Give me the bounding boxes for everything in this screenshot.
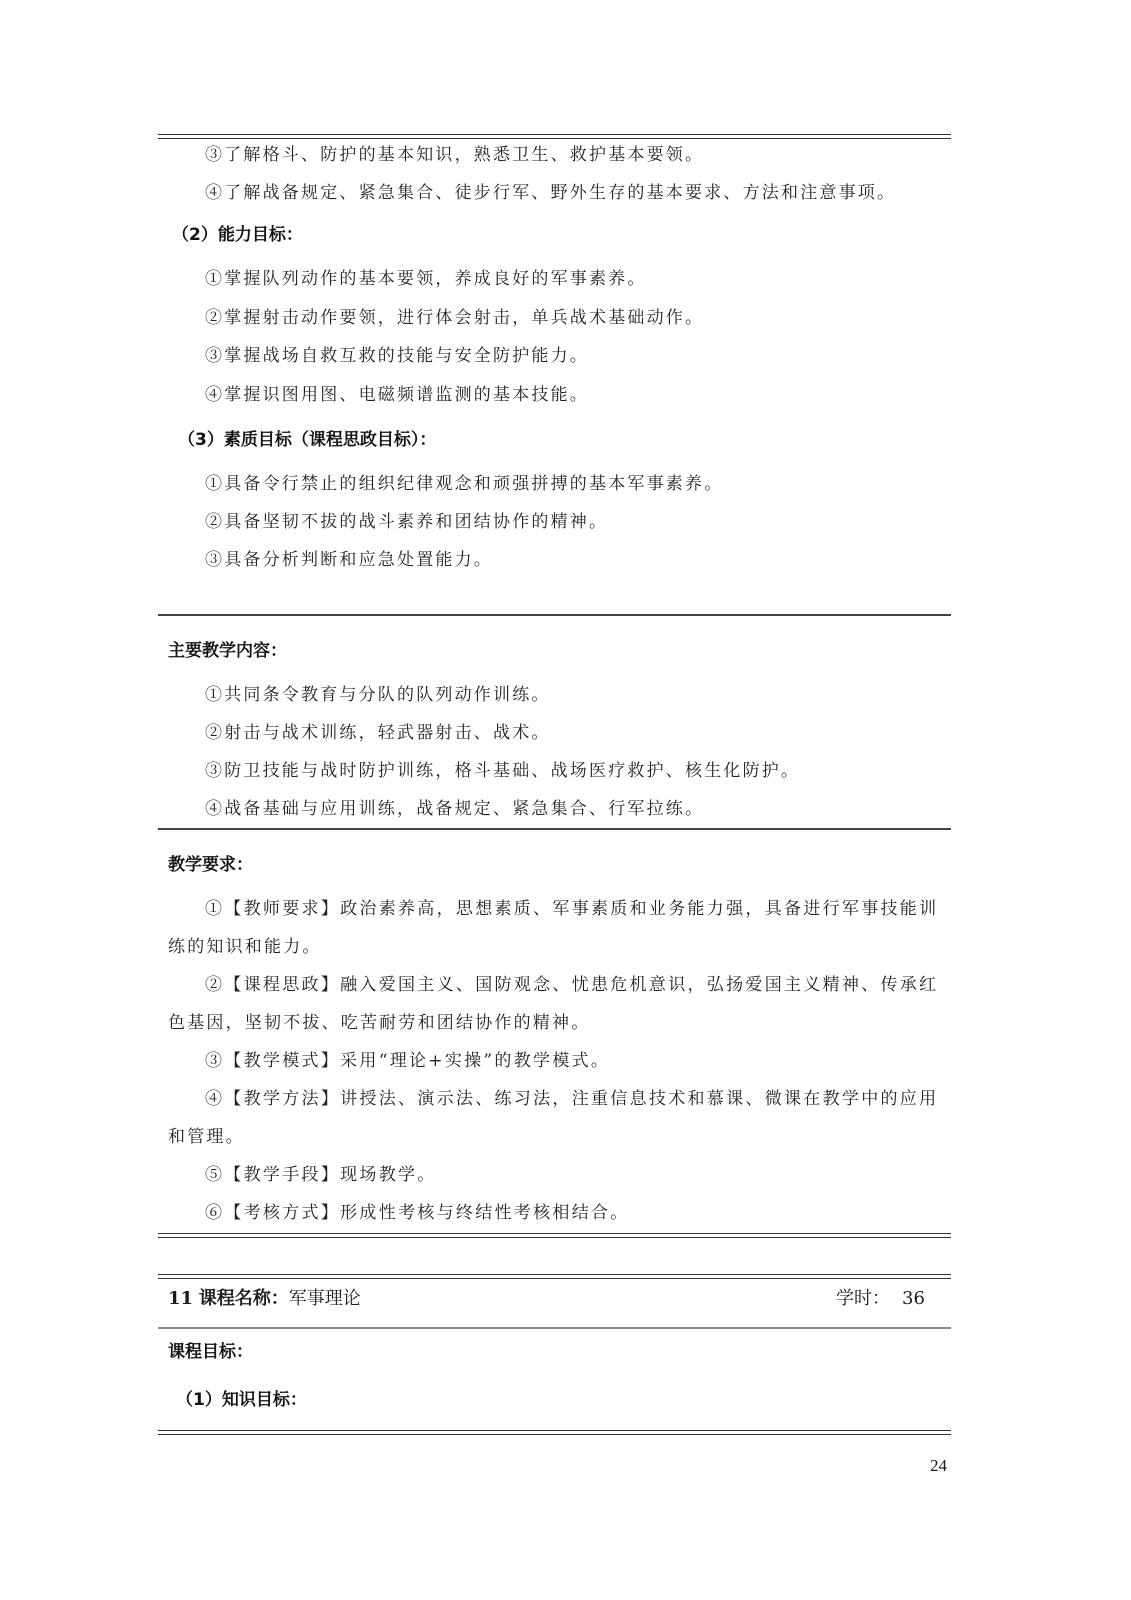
course-goals-heading: 课程目标：: [168, 1337, 253, 1362]
requirement-line: ⑥【考核方式】形成性考核与终结性考核相结合。: [205, 1198, 630, 1223]
requirement-line: 练的知识和能力。: [168, 932, 322, 957]
content-item-3: ③防卫技能与战时防护训练，格斗基础、战场医疗救护、核生化防护。: [205, 756, 800, 781]
requirement-line: ④【教学方法】讲授法、演示法、练习法，注重信息技术和慕课、微课在教学中的应用: [205, 1084, 938, 1109]
hours-value: 36: [902, 1288, 925, 1309]
requirement-line: 和管理。: [168, 1122, 245, 1147]
quality-goal-3: ③具备分析判断和应急处置能力。: [205, 545, 493, 570]
knowledge-goal-3: ③了解格斗、防护的基本知识，熟悉卫生、救护基本要领。: [205, 140, 704, 165]
ability-goal-1: ①掌握队列动作的基本要领，养成良好的军事素养。: [205, 264, 647, 289]
hours-label: 学时：: [836, 1288, 890, 1309]
section-divider: [158, 1327, 951, 1329]
ability-goal-4: ④掌握识图用图、电磁频谱监测的基本技能。: [205, 380, 589, 405]
ability-goal-3: ③掌握战场自救互救的技能与安全防护能力。: [205, 341, 589, 366]
teaching-requirements-heading: 教学要求：: [168, 850, 253, 875]
ability-goals-heading: （2）能力目标：: [172, 220, 303, 245]
course-number: 11: [168, 1288, 193, 1309]
double-rule-bottom: [158, 1430, 951, 1435]
course-title: 11 课程名称：军事理论: [168, 1284, 361, 1310]
quality-goal-2: ②具备坚韧不拔的战斗素养和团结协作的精神。: [205, 507, 608, 532]
document-page: ③了解格斗、防护的基本知识，熟悉卫生、救护基本要领。 ④了解战备规定、紧急集合、…: [0, 0, 1131, 1600]
page-number: 24: [930, 1456, 947, 1476]
requirement-line: ③【教学模式】采用“理论+实操”的教学模式。: [205, 1046, 610, 1071]
ability-goal-2: ②掌握射击动作要领，进行体会射击，单兵战术基础动作。: [205, 303, 704, 328]
content-item-1: ①共同条令教育与分队的队列动作训练。: [205, 680, 551, 705]
section-divider: [158, 614, 951, 616]
section-divider: [158, 828, 951, 830]
course-name-value: 军事理论: [289, 1288, 361, 1309]
requirement-line: ①【教师要求】政治素养高，思想素质、军事素质和业务能力强，具备进行军事技能训: [205, 894, 938, 919]
content-item-4: ④战备基础与应用训练，战备规定、紧急集合、行军拉练。: [205, 794, 704, 819]
main-content-heading: 主要教学内容：: [168, 636, 287, 661]
knowledge-goal-4: ④了解战备规定、紧急集合、徒步行军、野外生存的基本要求、方法和注意事项。: [205, 178, 896, 203]
quality-goals-heading: （3）素质目标（课程思政目标）：: [178, 425, 436, 450]
double-rule-top: [158, 134, 951, 139]
double-rule-course-start: [158, 1274, 951, 1279]
requirement-line: 色基因，坚韧不拔、吃苦耐劳和团结协作的精神。: [168, 1008, 590, 1033]
course-name-label: 课程名称：: [199, 1288, 289, 1309]
double-rule-section-end: [158, 1233, 951, 1238]
requirement-line: ⑤【教学手段】现场教学。: [205, 1160, 437, 1185]
course-hours: 学时：36: [836, 1284, 925, 1310]
knowledge-goals-heading: （1）知识目标：: [176, 1385, 307, 1410]
requirement-line: ②【课程思政】融入爱国主义、国防观念、忧患危机意识，弘扬爱国主义精神、传承红: [205, 970, 938, 995]
quality-goal-1: ①具备令行禁止的组织纪律观念和顽强拼搏的基本军事素养。: [205, 469, 723, 494]
content-item-2: ②射击与战术训练，轻武器射击、战术。: [205, 718, 551, 743]
